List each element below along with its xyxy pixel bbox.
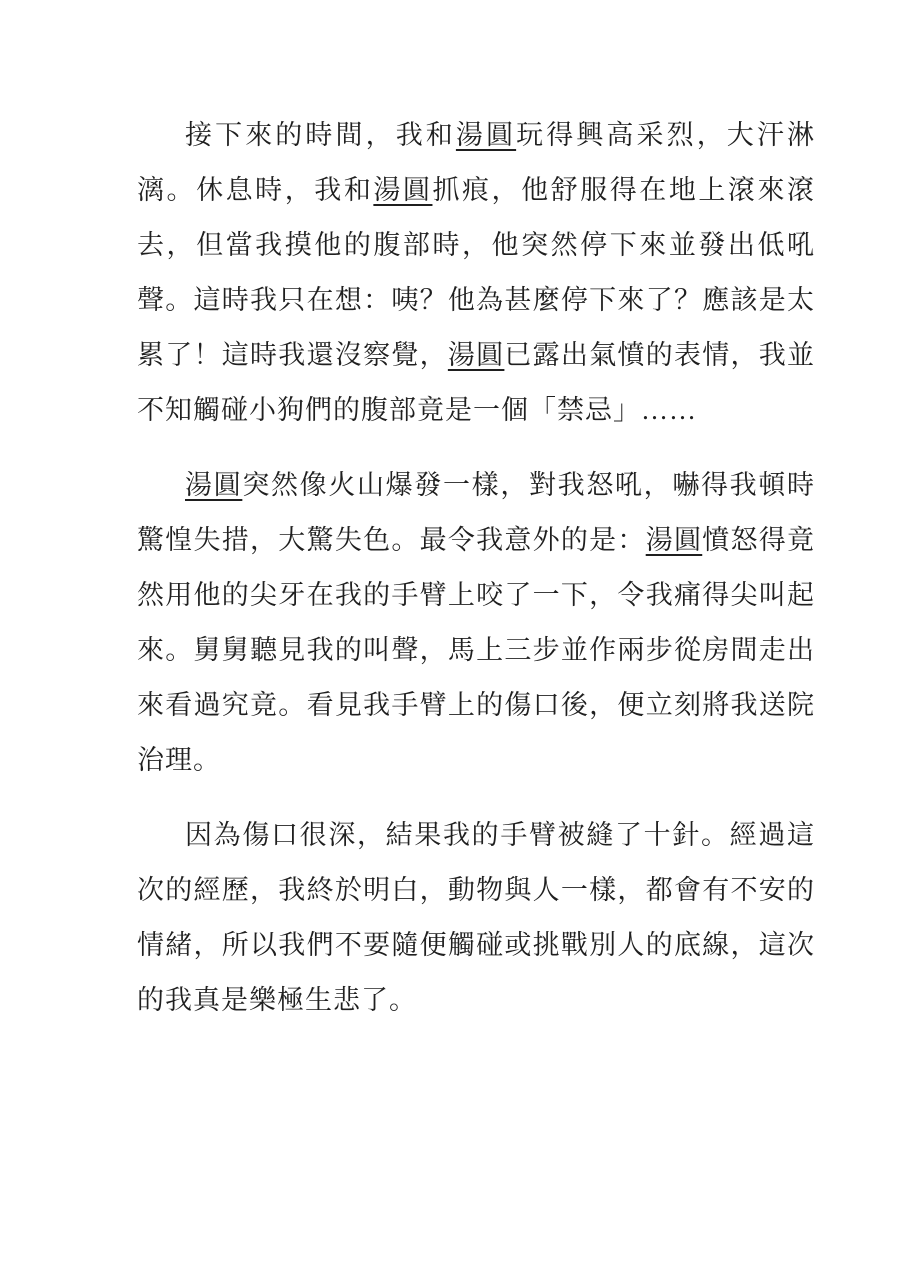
underlined-pet-name: 湯圓 [646, 525, 703, 555]
text-segment: 接下來的時間，我和 [185, 120, 456, 150]
underlined-pet-name: 湯圓 [456, 120, 516, 150]
paragraph: 因為傷口很深，結果我的手臂被縫了十針。經過這次的經歷，我終於明白，動物與人一樣，… [137, 808, 815, 1028]
underlined-pet-name: 湯圓 [185, 470, 242, 500]
paragraph: 接下來的時間，我和湯圓玩得興高采烈，大汗淋漓。休息時，我和湯圓抓痕，他舒服得在地… [137, 108, 815, 438]
paragraph: 湯圓突然像火山爆發一樣，對我怒吼，嚇得我頓時驚惶失措，大驚失色。最令我意外的是：… [137, 458, 815, 788]
underlined-pet-name: 湯圓 [373, 175, 432, 205]
document-page: 接下來的時間，我和湯圓玩得興高采烈，大汗淋漓。休息時，我和湯圓抓痕，他舒服得在地… [0, 0, 905, 1280]
text-segment: 因為傷口很深，結果我的手臂被縫了十針。經過這次的經歷，我終於明白，動物與人一樣，… [137, 820, 815, 1015]
essay-body: 接下來的時間，我和湯圓玩得興高采烈，大汗淋漓。休息時，我和湯圓抓痕，他舒服得在地… [137, 108, 815, 1028]
text-segment: 憤怒得竟然用他的尖牙在我的手臂上咬了一下，令我痛得尖叫起來。舅舅聽見我的叫聲，馬… [137, 525, 815, 775]
underlined-pet-name: 湯圓 [448, 340, 505, 370]
